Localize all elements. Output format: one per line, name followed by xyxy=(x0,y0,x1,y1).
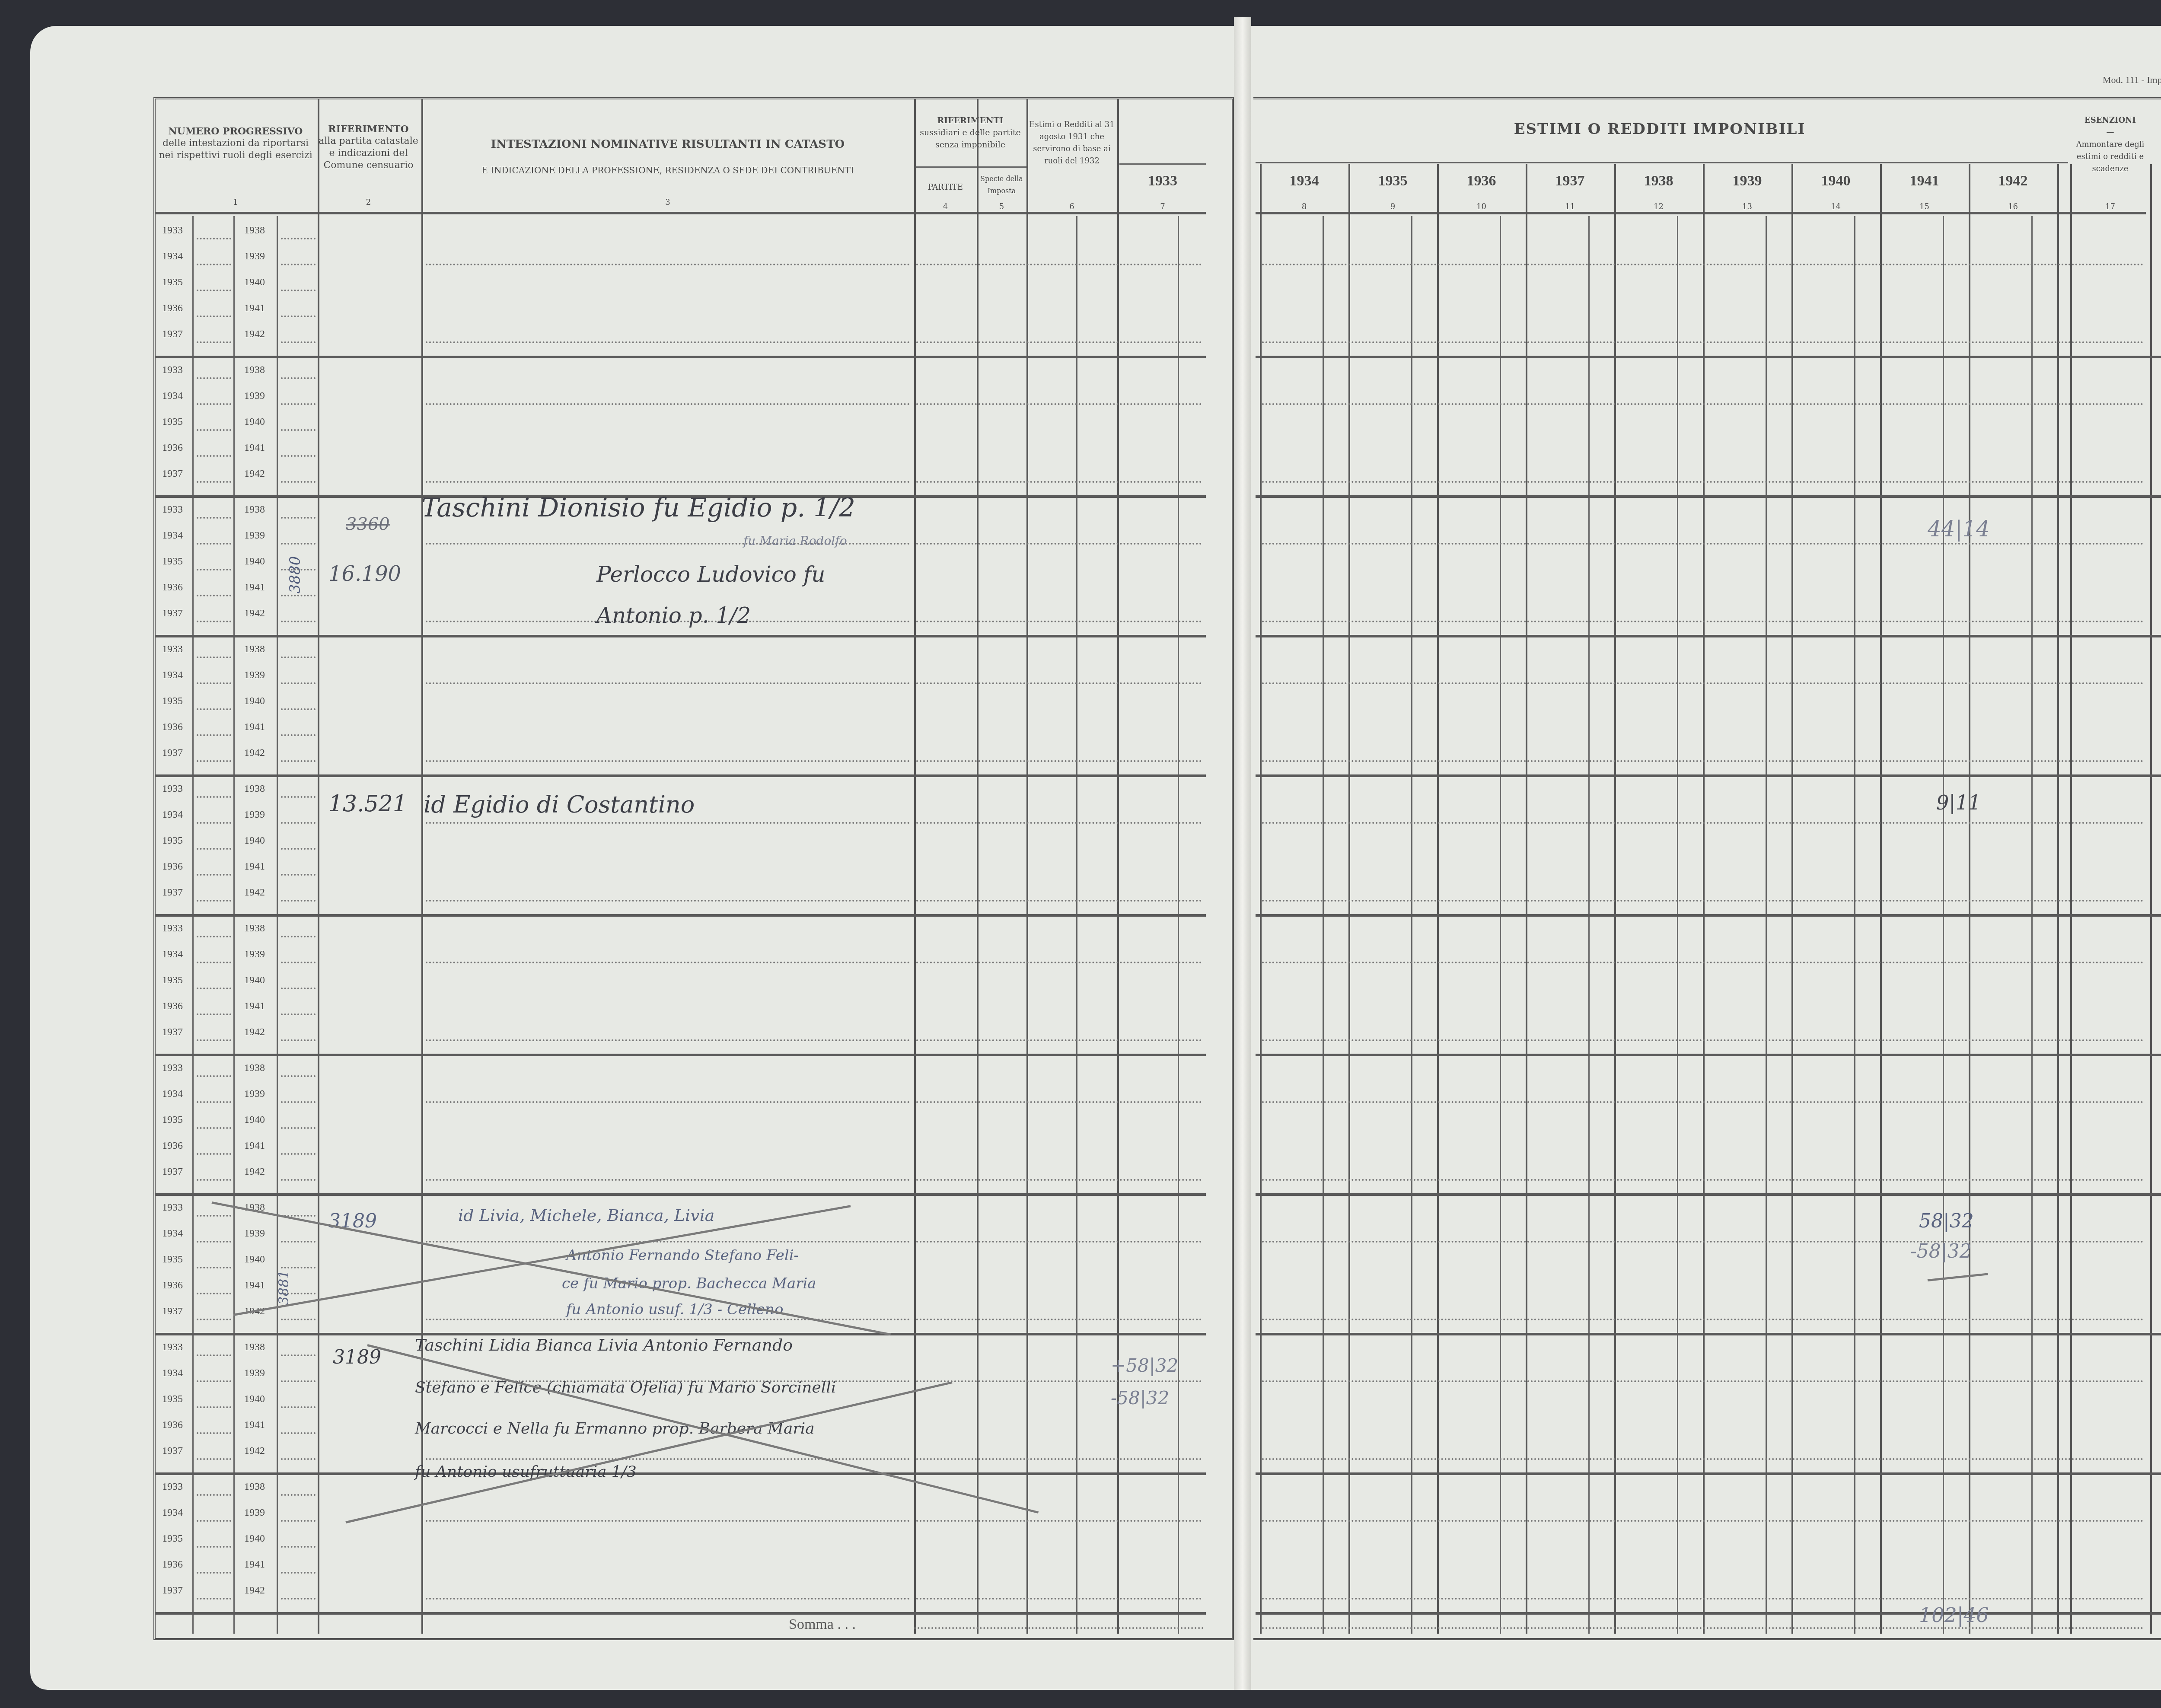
year-label-b: 1939 xyxy=(244,251,265,262)
right-subcol-divider xyxy=(1677,216,1678,1634)
dotted-rule xyxy=(197,796,231,798)
year-label-a: 1934 xyxy=(162,530,183,542)
sum-label: Somma . . . xyxy=(789,1616,856,1633)
year-label-b: 1941 xyxy=(244,303,265,314)
year-label-a: 1934 xyxy=(162,390,183,402)
year-label-b: 1938 xyxy=(244,644,265,655)
ref-dotted-rule xyxy=(916,822,1202,824)
year-label-b: 1939 xyxy=(244,1367,265,1379)
ref-dotted-rule xyxy=(916,1458,1202,1460)
header-esenzioni: ESENZIONI — Ammontare degli estimi o red… xyxy=(2070,115,2150,175)
block-rule-right xyxy=(1256,774,2161,777)
value-dotted-rule xyxy=(1262,1380,2144,1382)
block-rule-left xyxy=(156,1193,1206,1196)
value-dotted-rule xyxy=(1262,1179,2144,1181)
right-col-divider xyxy=(1437,164,1439,1634)
dotted-rule xyxy=(281,1572,316,1574)
value-dotted-rule xyxy=(1262,1101,2144,1103)
entry-dotted-rule xyxy=(426,341,910,343)
header-estimi-redditi-imponibili: ESTIMI O REDDITI IMPONIBILI xyxy=(1253,123,2066,135)
book-spine xyxy=(1234,17,1251,1690)
dotted-rule xyxy=(281,1598,316,1600)
header-intestazioni-sub: E INDICAZIONE DELLA PROFESSIONE, RESIDEN… xyxy=(421,164,914,176)
year-label-b: 1939 xyxy=(244,669,265,681)
value-dotted-rule xyxy=(1262,1039,2144,1041)
entry-dotted-rule xyxy=(426,1319,910,1320)
dotted-rule xyxy=(281,1380,316,1382)
entry-dotted-rule xyxy=(426,1598,910,1600)
header-estimi-1931: Estimi o Redditi al 31 agosto 1931 che s… xyxy=(1026,119,1117,167)
dotted-rule xyxy=(197,315,231,317)
year-label-b: 1941 xyxy=(244,1280,265,1291)
entry-dotted-rule xyxy=(426,900,910,902)
right-subcol-divider xyxy=(1943,216,1944,1634)
right-col-divider xyxy=(1614,164,1616,1634)
header-riferimenti-sussidiari: RIFERIMENTI sussidiari e delle partite s… xyxy=(914,115,1026,151)
header-colnum-10: 10 xyxy=(1437,201,1526,213)
year-label-a: 1937 xyxy=(162,1026,183,1038)
year-label-b: 1939 xyxy=(244,1088,265,1100)
year-label-b: 1942 xyxy=(244,328,265,340)
dotted-rule xyxy=(281,1241,316,1243)
entry-dotted-rule xyxy=(426,403,910,405)
dotted-rule xyxy=(281,988,316,989)
dotted-rule xyxy=(197,988,231,989)
right-col-divider xyxy=(2070,164,2072,1634)
dotted-rule xyxy=(281,377,316,379)
dotted-rule xyxy=(197,1075,231,1077)
ref-dotted-rule xyxy=(916,760,1202,762)
header-colnum-13: 13 xyxy=(1703,201,1791,213)
year-label-a: 1935 xyxy=(162,975,183,986)
year-label-a: 1935 xyxy=(162,695,183,707)
dotted-rule xyxy=(281,1267,316,1268)
year-label-b: 1938 xyxy=(244,225,265,236)
dotted-rule xyxy=(197,1546,231,1548)
entry-dotted-rule xyxy=(426,1039,910,1041)
year-label-a: 1937 xyxy=(162,468,183,480)
dotted-rule xyxy=(197,1494,231,1496)
entry3-progressive: 3880 xyxy=(287,556,304,594)
year-label-b: 1941 xyxy=(244,1001,265,1012)
dotted-rule xyxy=(197,543,231,545)
dotted-rule xyxy=(281,264,316,265)
dotted-rule xyxy=(197,403,231,405)
dotted-rule xyxy=(197,1293,231,1294)
dotted-rule xyxy=(197,290,231,291)
year-label-a: 1937 xyxy=(162,1306,183,1317)
year-label-a: 1933 xyxy=(162,364,183,376)
value-dotted-rule xyxy=(1262,341,2144,343)
dotted-rule xyxy=(197,377,231,379)
dotted-rule xyxy=(281,455,316,457)
block-rule-right xyxy=(1256,914,2161,917)
value-dotted-rule xyxy=(1262,900,2144,902)
year-label-a: 1933 xyxy=(162,644,183,655)
dotted-rule xyxy=(197,1520,231,1522)
entry8-value-1941-b: -58|32 xyxy=(1910,1240,1972,1262)
entry-dotted-rule xyxy=(426,1458,910,1460)
header-colnum-14: 14 xyxy=(1791,201,1880,213)
year-label-b: 1938 xyxy=(244,1342,265,1353)
year-label-b: 1938 xyxy=(244,1062,265,1074)
year-label-a: 1936 xyxy=(162,1559,183,1571)
entry3-line2: Perlocco Ludovico fu xyxy=(596,562,825,587)
dotted-rule xyxy=(197,341,231,343)
entry9-value-1933-b: -58|32 xyxy=(1111,1387,1169,1408)
dotted-rule xyxy=(197,936,231,937)
year-label-b: 1940 xyxy=(244,1114,265,1126)
year-label-a: 1935 xyxy=(162,277,183,288)
value-dotted-rule xyxy=(1262,822,2144,824)
year-label-a: 1935 xyxy=(162,1393,183,1405)
entry-dotted-rule xyxy=(426,760,910,762)
dotted-rule xyxy=(197,900,231,902)
year-label-a: 1935 xyxy=(162,835,183,847)
right-subcol-divider xyxy=(1323,216,1324,1634)
year-label-a: 1933 xyxy=(162,923,183,934)
ref-dotted-rule xyxy=(916,621,1202,622)
dotted-rule xyxy=(197,1101,231,1103)
ref-dotted-rule xyxy=(916,682,1202,684)
header-colnum-16: 16 xyxy=(1969,201,2057,213)
dotted-rule xyxy=(197,1039,231,1041)
left-subcol-divider xyxy=(233,216,235,1634)
dotted-rule xyxy=(281,796,316,798)
year-label-b: 1942 xyxy=(244,468,265,480)
ref-dotted-rule xyxy=(916,1319,1202,1320)
left-col-divider xyxy=(421,99,423,1634)
year-label-a: 1937 xyxy=(162,887,183,899)
dotted-rule xyxy=(197,1598,231,1600)
year-label-a: 1936 xyxy=(162,1001,183,1012)
dotted-rule xyxy=(197,1241,231,1243)
value-dotted-rule xyxy=(1262,1241,2144,1243)
year-label-b: 1941 xyxy=(244,861,265,873)
value-dotted-rule xyxy=(1262,403,2144,405)
block-rule-left xyxy=(156,356,1206,358)
year-label-a: 1935 xyxy=(162,1533,183,1545)
value-dotted-rule xyxy=(1262,1520,2144,1522)
dotted-rule xyxy=(197,734,231,736)
year-label-b: 1941 xyxy=(244,582,265,593)
ref-dotted-rule xyxy=(916,1520,1202,1522)
entry-dotted-rule xyxy=(426,1179,910,1181)
value-dotted-rule xyxy=(1262,1598,2144,1600)
dotted-rule xyxy=(197,708,231,710)
dotted-rule xyxy=(281,708,316,710)
dotted-rule xyxy=(281,1354,316,1356)
dotted-rule xyxy=(197,1179,231,1181)
year-label-b: 1939 xyxy=(244,1228,265,1240)
year-label-b: 1940 xyxy=(244,975,265,986)
year-label-b: 1941 xyxy=(244,1559,265,1571)
dotted-rule xyxy=(197,621,231,622)
block-rule-left xyxy=(156,1054,1206,1056)
year-label-a: 1934 xyxy=(162,949,183,960)
year-label-b: 1939 xyxy=(244,530,265,542)
sum-dotted-rule-left xyxy=(914,1627,1204,1629)
header-year-1937: 1937 xyxy=(1526,175,1614,187)
entry9-line1: Taschini Lidia Bianca Livia Antonio Fern… xyxy=(415,1335,793,1354)
dotted-rule xyxy=(281,1494,316,1496)
left-subcol-divider xyxy=(1076,216,1077,1634)
header-bottom-rule-right xyxy=(1256,212,2146,214)
year-label-a: 1935 xyxy=(162,416,183,428)
entry9-ref-number: 3189 xyxy=(333,1346,381,1368)
ref-dotted-rule xyxy=(916,1380,1202,1382)
year-label-a: 1937 xyxy=(162,608,183,619)
left-subcol-divider xyxy=(192,216,194,1634)
dotted-rule xyxy=(281,1179,316,1181)
year-label-b: 1941 xyxy=(244,1140,265,1152)
dotted-rule xyxy=(197,1319,231,1320)
year-label-b: 1940 xyxy=(244,1533,265,1545)
year-label-a: 1933 xyxy=(162,1342,183,1353)
year-label-a: 1936 xyxy=(162,861,183,873)
dotted-rule xyxy=(281,682,316,684)
year-label-a: 1937 xyxy=(162,1445,183,1457)
ref-dotted-rule xyxy=(916,341,1202,343)
entry3-interlinear: fu Maria Rodolfo xyxy=(743,534,847,548)
dotted-rule xyxy=(281,848,316,850)
dotted-rule xyxy=(281,429,316,431)
year-label-a: 1934 xyxy=(162,1507,183,1519)
year-label-b: 1938 xyxy=(244,1481,265,1493)
year-label-b: 1938 xyxy=(244,504,265,516)
header-year-1939: 1939 xyxy=(1703,175,1791,187)
dotted-rule xyxy=(281,760,316,762)
right-col-divider xyxy=(1791,164,1793,1634)
entry5-value-1941: 9|11 xyxy=(1936,791,1981,814)
right-subcol-divider xyxy=(2031,216,2033,1634)
header-riferimento: RIFERIMENTO alla partita catastale e ind… xyxy=(318,123,419,172)
entry-dotted-rule xyxy=(426,264,910,265)
dotted-rule xyxy=(197,481,231,483)
dotted-rule xyxy=(197,1127,231,1129)
dotted-rule xyxy=(281,1458,316,1460)
year-label-a: 1935 xyxy=(162,556,183,567)
ref-dotted-rule xyxy=(916,543,1202,545)
col7-top-rule xyxy=(1119,163,1206,165)
year-label-a: 1936 xyxy=(162,1280,183,1291)
entry-dotted-rule xyxy=(426,481,910,483)
year-label-b: 1940 xyxy=(244,1254,265,1265)
ref-dotted-rule xyxy=(916,1179,1202,1181)
header-year-1935: 1935 xyxy=(1348,175,1437,187)
dotted-rule xyxy=(281,1432,316,1434)
value-dotted-rule xyxy=(1262,481,2144,483)
dotted-rule xyxy=(197,822,231,824)
year-label-a: 1935 xyxy=(162,1114,183,1126)
dotted-rule xyxy=(281,1127,316,1129)
year-label-a: 1936 xyxy=(162,1140,183,1152)
header-year-1940: 1940 xyxy=(1791,175,1880,187)
dotted-rule xyxy=(197,874,231,876)
block-rule-left xyxy=(156,914,1206,917)
right-col-divider xyxy=(1348,164,1350,1634)
year-label-b: 1940 xyxy=(244,1393,265,1405)
block-rule-left xyxy=(156,635,1206,637)
right-subcol-divider xyxy=(1766,216,1767,1634)
dotted-rule xyxy=(197,595,231,596)
dotted-rule xyxy=(281,962,316,963)
entry-dotted-rule xyxy=(426,822,910,824)
header-specie-imposta: Specie della Imposta xyxy=(977,173,1026,197)
ref-dotted-rule xyxy=(916,264,1202,265)
dotted-rule xyxy=(197,238,231,239)
right-subcol-divider xyxy=(1854,216,1855,1634)
year-label-a: 1934 xyxy=(162,1228,183,1240)
right-col-divider xyxy=(1969,164,1970,1634)
block-rule-right xyxy=(1256,1612,2161,1615)
entry-dotted-rule xyxy=(426,682,910,684)
entry8-progressive: 3881 xyxy=(275,1270,292,1305)
year-label-b: 1942 xyxy=(244,1445,265,1457)
header-colnum-9: 9 xyxy=(1348,201,1437,213)
year-label-b: 1938 xyxy=(244,923,265,934)
year-label-b: 1939 xyxy=(244,809,265,821)
dotted-rule xyxy=(281,1013,316,1015)
dotted-rule xyxy=(197,569,231,570)
year-label-b: 1942 xyxy=(244,1585,265,1596)
dotted-rule xyxy=(281,656,316,658)
year-label-a: 1936 xyxy=(162,442,183,454)
entry3-line3: Antonio p. 1/2 xyxy=(596,603,751,628)
ref-dotted-rule xyxy=(916,403,1202,405)
year-label-b: 1942 xyxy=(244,608,265,619)
header-year-1942: 1942 xyxy=(1969,175,2057,187)
dotted-rule xyxy=(197,1215,231,1217)
year-label-a: 1933 xyxy=(162,783,183,795)
entry-dotted-rule xyxy=(426,1520,910,1522)
dotted-rule xyxy=(281,1039,316,1041)
right-subcol-divider xyxy=(1500,216,1501,1634)
dotted-rule xyxy=(281,1406,316,1408)
year-label-b: 1938 xyxy=(244,783,265,795)
entry-dotted-rule xyxy=(426,1101,910,1103)
ref-dotted-rule xyxy=(916,962,1202,963)
dotted-rule xyxy=(197,1572,231,1574)
header-bottom-rule-left xyxy=(156,212,1206,214)
entry3-value-1941: 44|14 xyxy=(1928,516,1990,542)
value-dotted-rule xyxy=(1262,264,2144,265)
header-year-1934: 1934 xyxy=(1260,175,1348,187)
dotted-rule xyxy=(281,1520,316,1522)
year-label-a: 1936 xyxy=(162,1419,183,1431)
dotted-rule xyxy=(281,1101,316,1103)
ref-dotted-rule xyxy=(916,1598,1202,1600)
left-table-frame xyxy=(153,97,1234,1640)
dotted-rule xyxy=(197,455,231,457)
ref-dotted-rule xyxy=(916,900,1202,902)
year-label-a: 1934 xyxy=(162,809,183,821)
dotted-rule xyxy=(281,315,316,317)
dotted-rule xyxy=(197,682,231,684)
year-label-b: 1941 xyxy=(244,442,265,454)
dotted-rule xyxy=(197,760,231,762)
dotted-rule xyxy=(281,1319,316,1320)
dotted-rule xyxy=(197,264,231,265)
riferimenti-split-rule xyxy=(914,166,1026,168)
entry3-line1: Taschini Dionisio fu Egidio p. 1/2 xyxy=(421,493,855,523)
year-label-a: 1933 xyxy=(162,1202,183,1214)
left-col-divider xyxy=(914,99,916,1634)
year-label-b: 1940 xyxy=(244,277,265,288)
year-label-a: 1936 xyxy=(162,303,183,314)
block-rule-right xyxy=(1256,1193,2161,1196)
block-rule-right xyxy=(1256,356,2161,358)
year-label-a: 1934 xyxy=(162,251,183,262)
year-label-b: 1940 xyxy=(244,416,265,428)
year-label-a: 1933 xyxy=(162,225,183,236)
dotted-rule xyxy=(197,517,231,519)
dotted-rule xyxy=(197,1354,231,1356)
year-label-a: 1936 xyxy=(162,721,183,733)
dotted-rule xyxy=(197,656,231,658)
dotted-rule xyxy=(281,290,316,291)
right-col-divider xyxy=(1526,164,1527,1634)
entry9-line4: fu Antonio usufruttuaria 1/3 xyxy=(415,1463,637,1481)
year-label-a: 1933 xyxy=(162,1062,183,1074)
block-rule-right xyxy=(1256,495,2161,498)
right-col-divider xyxy=(1260,164,1262,1634)
right-table-frame xyxy=(1253,97,2161,1640)
year-label-a: 1937 xyxy=(162,1585,183,1596)
entry-dotted-rule xyxy=(426,962,910,963)
header-partite: PARTITE xyxy=(914,182,977,194)
dotted-rule xyxy=(197,1432,231,1434)
right-col-divider xyxy=(1880,164,1882,1634)
year-label-b: 1940 xyxy=(244,695,265,707)
header-year-1933: 1933 xyxy=(1117,175,1208,187)
dotted-rule xyxy=(197,1458,231,1460)
entry5-line1: id Egidio di Costantino xyxy=(424,791,695,818)
value-dotted-rule xyxy=(1262,621,2144,622)
dotted-rule xyxy=(197,848,231,850)
left-col-divider xyxy=(1026,99,1028,1634)
entry3-struck-ref: 3360 xyxy=(346,514,390,534)
header-intestazioni: INTESTAZIONI NOMINATIVE RISULTANTI IN CA… xyxy=(421,138,914,150)
entry3-ref-number: 16.190 xyxy=(328,562,401,586)
year-label-a: 1937 xyxy=(162,328,183,340)
dotted-rule xyxy=(281,874,316,876)
dotted-rule xyxy=(197,1153,231,1155)
dotted-rule xyxy=(197,962,231,963)
dotted-rule xyxy=(197,1013,231,1015)
entry-dotted-rule xyxy=(426,1241,910,1243)
dotted-rule xyxy=(281,238,316,239)
year-label-a: 1935 xyxy=(162,1254,183,1265)
header-colnum-11: 11 xyxy=(1526,201,1614,213)
value-dotted-rule xyxy=(1262,543,2144,545)
header-annotazioni: ANNOTAZIONI xyxy=(2150,145,2161,157)
block-rule-left xyxy=(156,774,1206,777)
year-label-a: 1933 xyxy=(162,504,183,516)
dotted-rule xyxy=(281,595,316,596)
dotted-rule xyxy=(197,1406,231,1408)
year-label-b: 1939 xyxy=(244,949,265,960)
entry8-line4: fu Antonio usuf. 1/3 - Celleno xyxy=(566,1301,783,1318)
year-label-a: 1934 xyxy=(162,1367,183,1379)
dotted-rule xyxy=(281,936,316,937)
entry5-ref-number: 13.521 xyxy=(328,791,407,817)
year-label-b: 1940 xyxy=(244,556,265,567)
header-colnum-15: 15 xyxy=(1880,201,1969,213)
block-rule-right xyxy=(1256,635,2161,637)
header-numero-progressivo: NUMERO PROGRESSIVO delle intestazioni da… xyxy=(156,125,316,162)
left-subcol-divider xyxy=(277,216,278,1634)
